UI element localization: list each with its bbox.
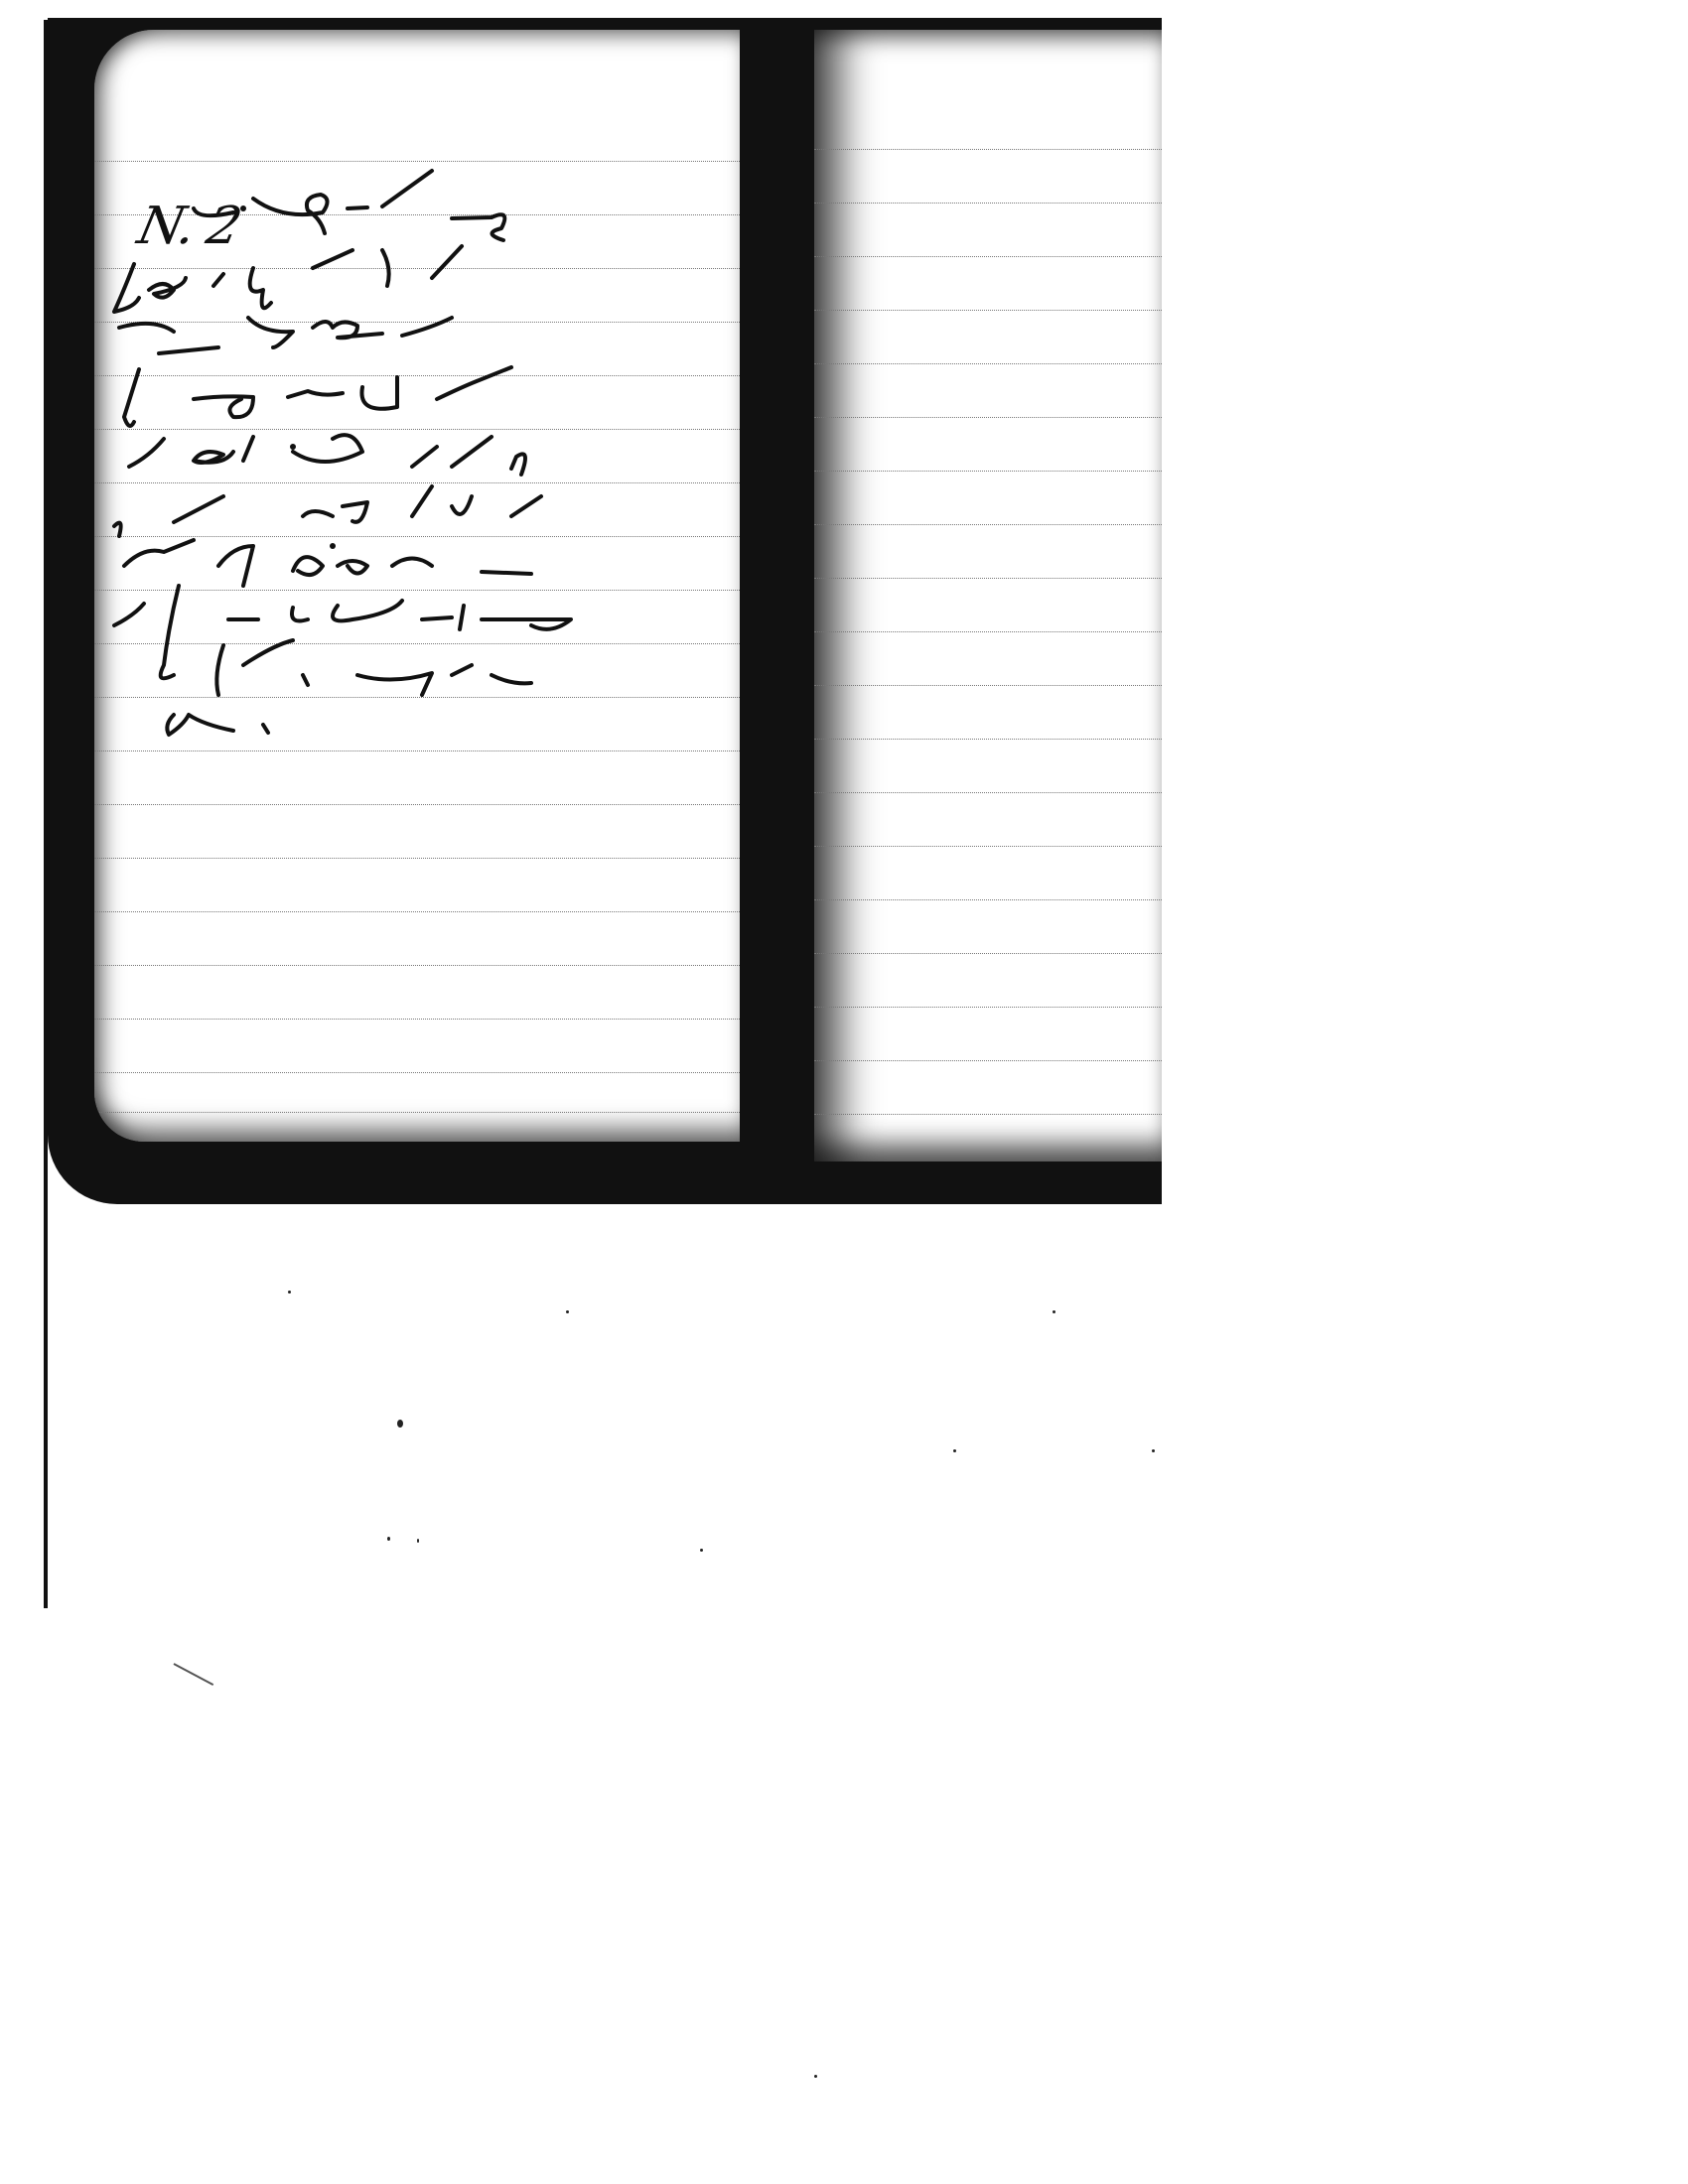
scan-speck <box>953 1449 956 1452</box>
ruled-line <box>814 524 1162 525</box>
ruled-line <box>94 965 740 966</box>
scan-speck <box>288 1291 291 1294</box>
scan-speck <box>387 1537 390 1541</box>
scanned-notebook: N. 2 <box>0 0 1688 2184</box>
ruled-line <box>94 1072 740 1073</box>
ruled-line <box>94 911 740 912</box>
ruled-line <box>814 578 1162 579</box>
scan-speck <box>1152 1449 1155 1452</box>
scan-speck <box>417 1539 419 1543</box>
ruled-line <box>814 1007 1162 1008</box>
ruled-line <box>814 256 1162 257</box>
ruled-line <box>814 417 1162 418</box>
ruled-line <box>814 149 1162 150</box>
ruled-line <box>814 363 1162 364</box>
ruled-line <box>814 953 1162 954</box>
scan-speck <box>814 2075 817 2078</box>
ruled-line <box>94 858 740 859</box>
ruled-line <box>814 631 1162 632</box>
scan-speck <box>1053 1310 1055 1313</box>
ruled-line <box>814 899 1162 900</box>
ruled-line <box>814 685 1162 686</box>
ruled-line <box>814 739 1162 740</box>
ruled-line <box>814 1060 1162 1061</box>
scan-speck <box>566 1310 569 1313</box>
ruled-line <box>94 1019 740 1020</box>
left-page: N. 2 <box>94 30 740 1142</box>
scan-speck <box>397 1420 403 1428</box>
ruled-line <box>94 1112 740 1113</box>
scan-speck <box>700 1549 703 1552</box>
shorthand-text <box>94 30 740 824</box>
ruled-line <box>814 1114 1162 1115</box>
scan-stroke <box>174 1663 214 1686</box>
ruled-line <box>814 203 1162 204</box>
ruled-line <box>814 846 1162 847</box>
ruled-line <box>814 792 1162 793</box>
right-page <box>814 30 1162 1161</box>
ruled-line <box>814 310 1162 311</box>
ruled-line <box>814 471 1162 472</box>
